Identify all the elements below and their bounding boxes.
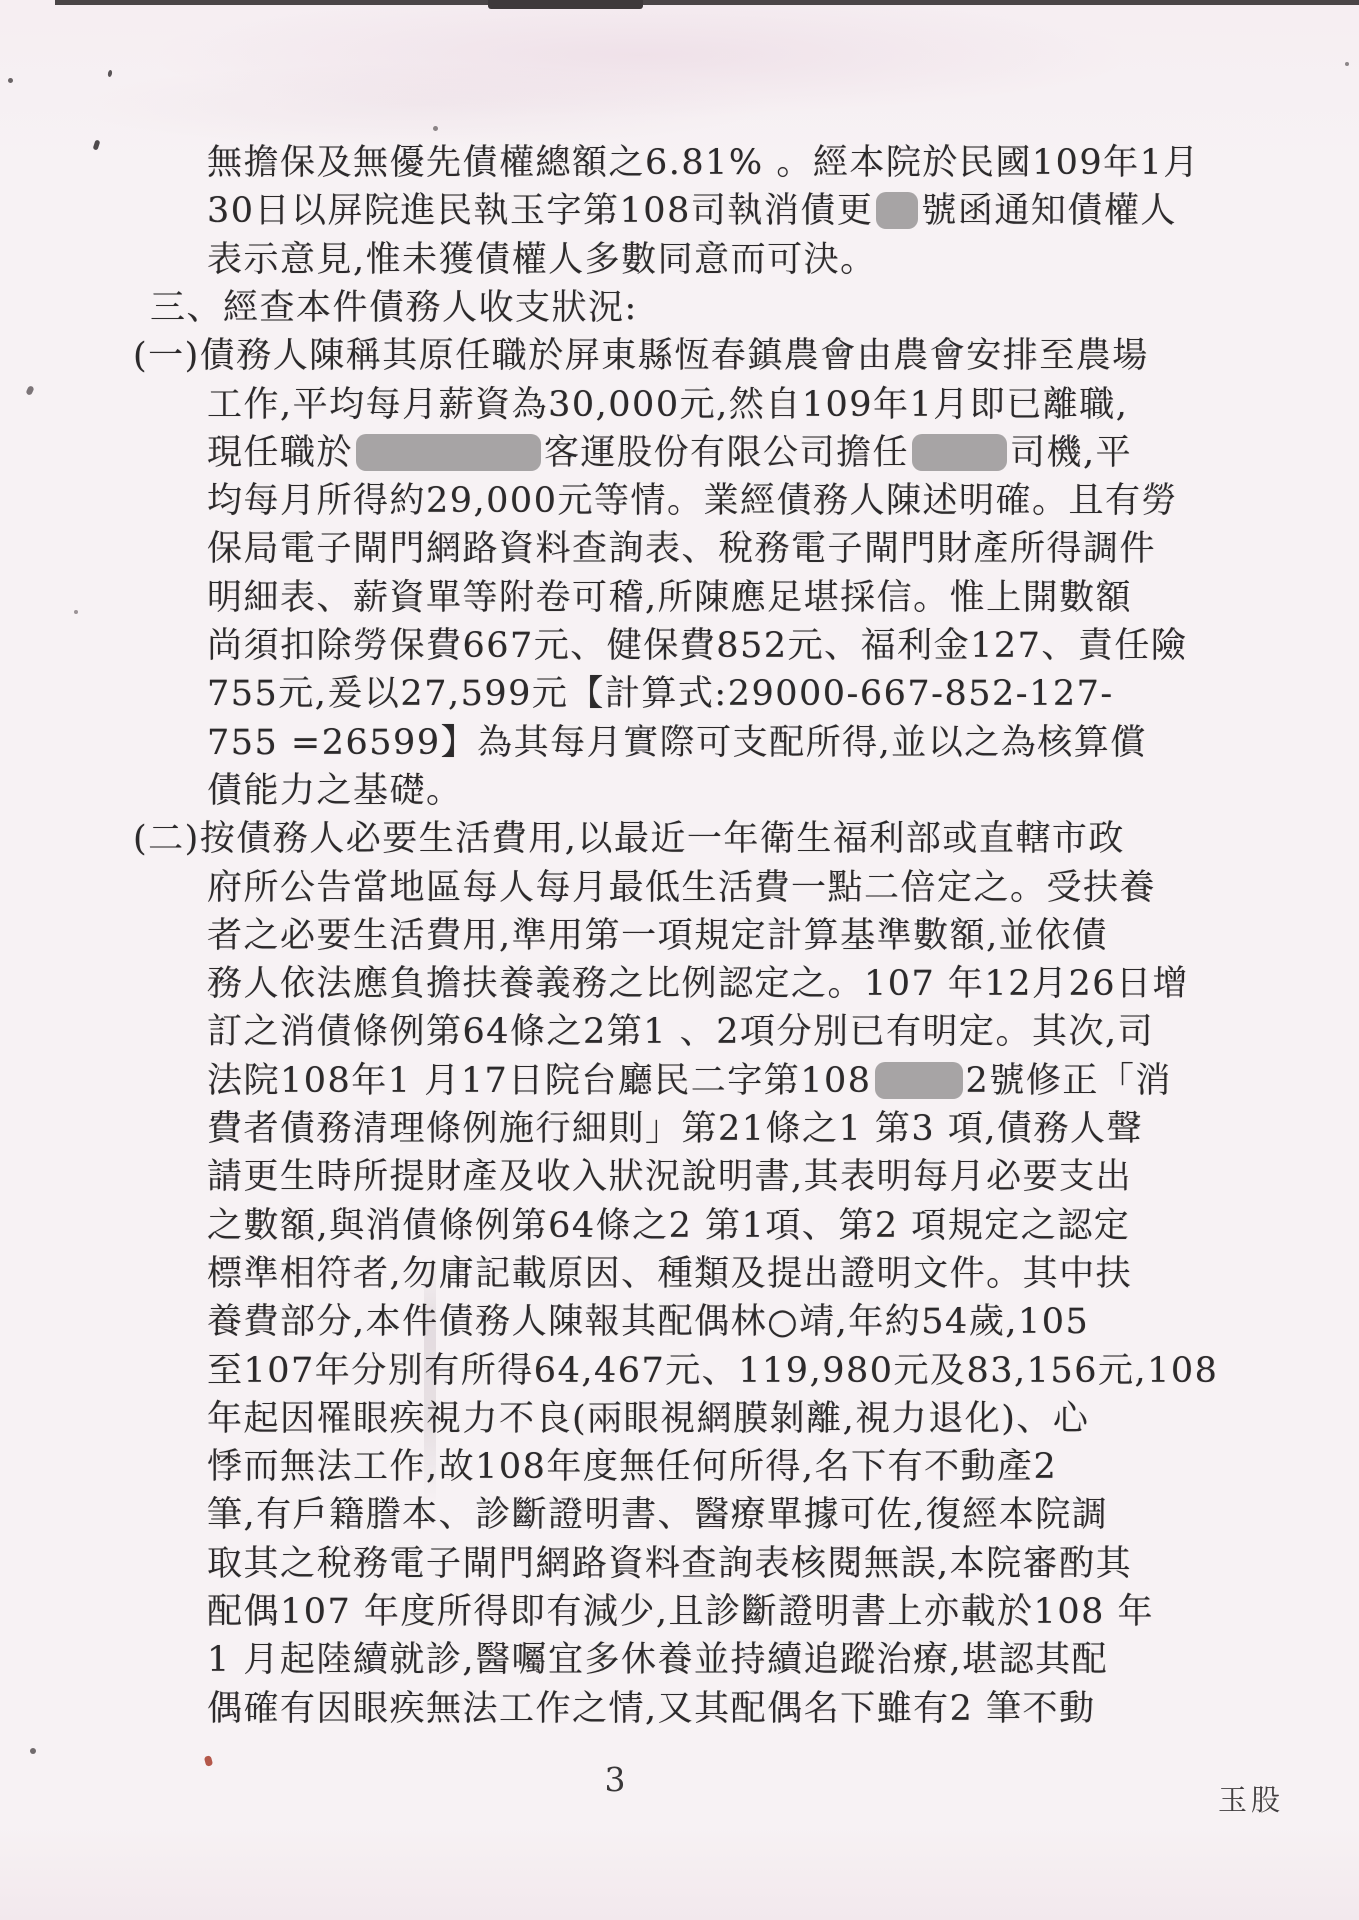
line-text: 訂之消債條例第64條之2第1 、2項分別已有明定。其次,司	[207, 1012, 1154, 1052]
line-text: (二)按債務人必要生活費用,以最近一年衛生福利部或直轄市政	[133, 819, 1125, 859]
document-line: 工作,平均每月薪資為30,000元,然自109年1月即已離職,	[207, 385, 1128, 425]
line-text: 號函通知債權人	[921, 191, 1177, 231]
document-line: 三、經查本件債務人收支狀況:	[150, 288, 638, 328]
line-text: 客運股份有限公司擔任	[544, 433, 909, 473]
line-text: (一)債務人陳稱其原任職於屏東縣恆春鎮農會由農會安排至農場	[133, 336, 1149, 376]
text-block: 無擔保及無優先債權總額之6.81% 。經本院於民國109年1月30日以屏院進民執…	[0, 0, 1359, 1920]
line-text: 三、經查本件債務人收支狀況:	[150, 288, 638, 328]
document-line: 755元,爰以27,599元【計算式:29000-667-852-127-	[207, 674, 1114, 714]
document-line: 無擔保及無優先債權總額之6.81% 。經本院於民國109年1月	[207, 143, 1200, 183]
document-line: 1 月起陸續就診,醫囑宜多休養並持續追蹤治療,堪認其配	[207, 1640, 1108, 1680]
document-line: 訂之消債條例第64條之2第1 、2項分別已有明定。其次,司	[207, 1012, 1154, 1052]
page-number: 3	[585, 1760, 645, 1799]
document-line: 現任職於客運股份有限公司擔任司機,平	[207, 433, 1132, 473]
line-text: 2號修正「消	[966, 1061, 1172, 1101]
line-text: 取其之稅務電子閘門網路資料查詢表核閱無誤,本院審酌其	[207, 1544, 1132, 1584]
document-line: 債能力之基礎。	[207, 771, 463, 811]
document-line: 尚須扣除勞保費667元、健保費852元、福利金127、責任險	[207, 626, 1187, 666]
document-line: 務人依法應負擔扶養義務之比例認定之。107 年12月26日增	[207, 964, 1189, 1004]
line-text: 債能力之基礎。	[207, 771, 463, 811]
line-text: 偶確有因眼疾無法工作之情,又其配偶名下雖有2 筆不動	[207, 1689, 1096, 1729]
document-line: 均每月所得約29,000元等情。業經債務人陳述明確。且有勞	[207, 481, 1178, 521]
document-line: 保局電子閘門網路資料查詢表、稅務電子閘門財產所得調件	[207, 529, 1156, 569]
line-text: 年起因罹眼疾視力不良(兩眼視網膜剝離,視力退化)、心	[207, 1399, 1089, 1439]
line-text: 755 =26599】為其每月實際可支配所得,並以之為核算償	[207, 723, 1147, 763]
line-text: 之數額,與消債條例第64條之2 第1項、第2 項規定之認定	[207, 1206, 1130, 1246]
division-stamp: 玉股	[1218, 1778, 1284, 1819]
line-text: 1 月起陸續就診,醫囑宜多休養並持續追蹤治療,堪認其配	[207, 1640, 1108, 1680]
document-line: 表示意見,惟未獲債權人多數同意而可決。	[207, 240, 877, 280]
line-text: 755元,爰以27,599元【計算式:29000-667-852-127-	[207, 674, 1114, 714]
document-line: 費者債務清理條例施行細則」第21條之1 第3 項,債務人聲	[207, 1109, 1143, 1149]
line-text: 悸而無法工作,故108年度無任何所得,名下有不動產2	[207, 1447, 1057, 1487]
line-text: 尚須扣除勞保費667元、健保費852元、福利金127、責任險	[207, 626, 1187, 666]
line-text: 府所公告當地區每人每月最低生活費一點二倍定之。受扶養	[207, 868, 1156, 908]
line-text: 配偶107 年度所得即有減少,且診斷證明書上亦載於108 年	[207, 1592, 1154, 1632]
document-line: 755 =26599】為其每月實際可支配所得,並以之為核算償	[207, 723, 1147, 763]
document-line: 法院108年1 月17日院台廳民二字第1082號修正「消	[207, 1061, 1172, 1101]
document-line: 年起因罹眼疾視力不良(兩眼視網膜剝離,視力退化)、心	[207, 1399, 1089, 1439]
line-text: 請更生時所提財產及收入狀況說明書,其表明每月必要支出	[207, 1157, 1132, 1197]
line-text: 司機,平	[1010, 433, 1132, 473]
document-line: 者之必要生活費用,準用第一項規定計算基準數額,並依債	[207, 916, 1108, 956]
document-line: 標準相符者,勿庸記載原因、種類及提出證明文件。其中扶	[207, 1254, 1132, 1294]
line-text: 無擔保及無優先債權總額之6.81% 。經本院於民國109年1月	[207, 143, 1200, 183]
line-text: 養費部分,本件債務人陳報其配偶林○靖,年約54歲,105	[207, 1302, 1089, 1342]
line-text: 務人依法應負擔扶養義務之比例認定之。107 年12月26日增	[207, 964, 1189, 1004]
document-line: 配偶107 年度所得即有減少,且診斷證明書上亦載於108 年	[207, 1592, 1154, 1632]
line-text: 明細表、薪資單等附卷可稽,所陳應足堪採信。惟上開數額	[207, 578, 1132, 618]
line-text: 30日以屏院進民執玉字第108司執消債更	[207, 191, 873, 231]
line-text: 表示意見,惟未獲債權人多數同意而可決。	[207, 240, 877, 280]
document-line: 偶確有因眼疾無法工作之情,又其配偶名下雖有2 筆不動	[207, 1689, 1096, 1729]
line-text: 筆,有戶籍謄本、診斷證明書、醫療單據可佐,復經本院調	[207, 1495, 1108, 1535]
line-text: 法院108年1 月17日院台廳民二字第108	[207, 1061, 872, 1101]
redaction-box	[876, 192, 918, 229]
document-line: 之數額,與消債條例第64條之2 第1項、第2 項規定之認定	[207, 1206, 1130, 1246]
line-text: 現任職於	[207, 433, 353, 473]
line-text: 者之必要生活費用,準用第一項規定計算基準數額,並依債	[207, 916, 1108, 956]
line-text: 均每月所得約29,000元等情。業經債務人陳述明確。且有勞	[207, 481, 1178, 521]
line-text: 標準相符者,勿庸記載原因、種類及提出證明文件。其中扶	[207, 1254, 1132, 1294]
document-line: 至107年分別有所得64,467元、119,980元及83,156元,108	[207, 1351, 1218, 1391]
document-line: (一)債務人陳稱其原任職於屏東縣恆春鎮農會由農會安排至農場	[133, 336, 1149, 376]
document-line: 請更生時所提財產及收入狀況說明書,其表明每月必要支出	[207, 1157, 1132, 1197]
document-line: 明細表、薪資單等附卷可稽,所陳應足堪採信。惟上開數額	[207, 578, 1132, 618]
line-text: 保局電子閘門網路資料查詢表、稅務電子閘門財產所得調件	[207, 529, 1156, 569]
line-text: 至107年分別有所得64,467元、119,980元及83,156元,108	[207, 1351, 1218, 1391]
document-line: 筆,有戶籍謄本、診斷證明書、醫療單據可佐,復經本院調	[207, 1495, 1108, 1535]
line-text: 工作,平均每月薪資為30,000元,然自109年1月即已離職,	[207, 385, 1128, 425]
document-line: 悸而無法工作,故108年度無任何所得,名下有不動產2	[207, 1447, 1057, 1487]
redaction-box	[875, 1062, 963, 1099]
document-line: 府所公告當地區每人每月最低生活費一點二倍定之。受扶養	[207, 868, 1156, 908]
redaction-box	[356, 434, 541, 471]
document-line: (二)按債務人必要生活費用,以最近一年衛生福利部或直轄市政	[133, 819, 1125, 859]
document-line: 30日以屏院進民執玉字第108司執消債更號函通知債權人	[207, 191, 1177, 231]
document-line: 取其之稅務電子閘門網路資料查詢表核閱無誤,本院審酌其	[207, 1544, 1132, 1584]
line-text: 費者債務清理條例施行細則」第21條之1 第3 項,債務人聲	[207, 1109, 1143, 1149]
document-line: 養費部分,本件債務人陳報其配偶林○靖,年約54歲,105	[207, 1302, 1089, 1342]
redaction-box	[912, 434, 1007, 471]
